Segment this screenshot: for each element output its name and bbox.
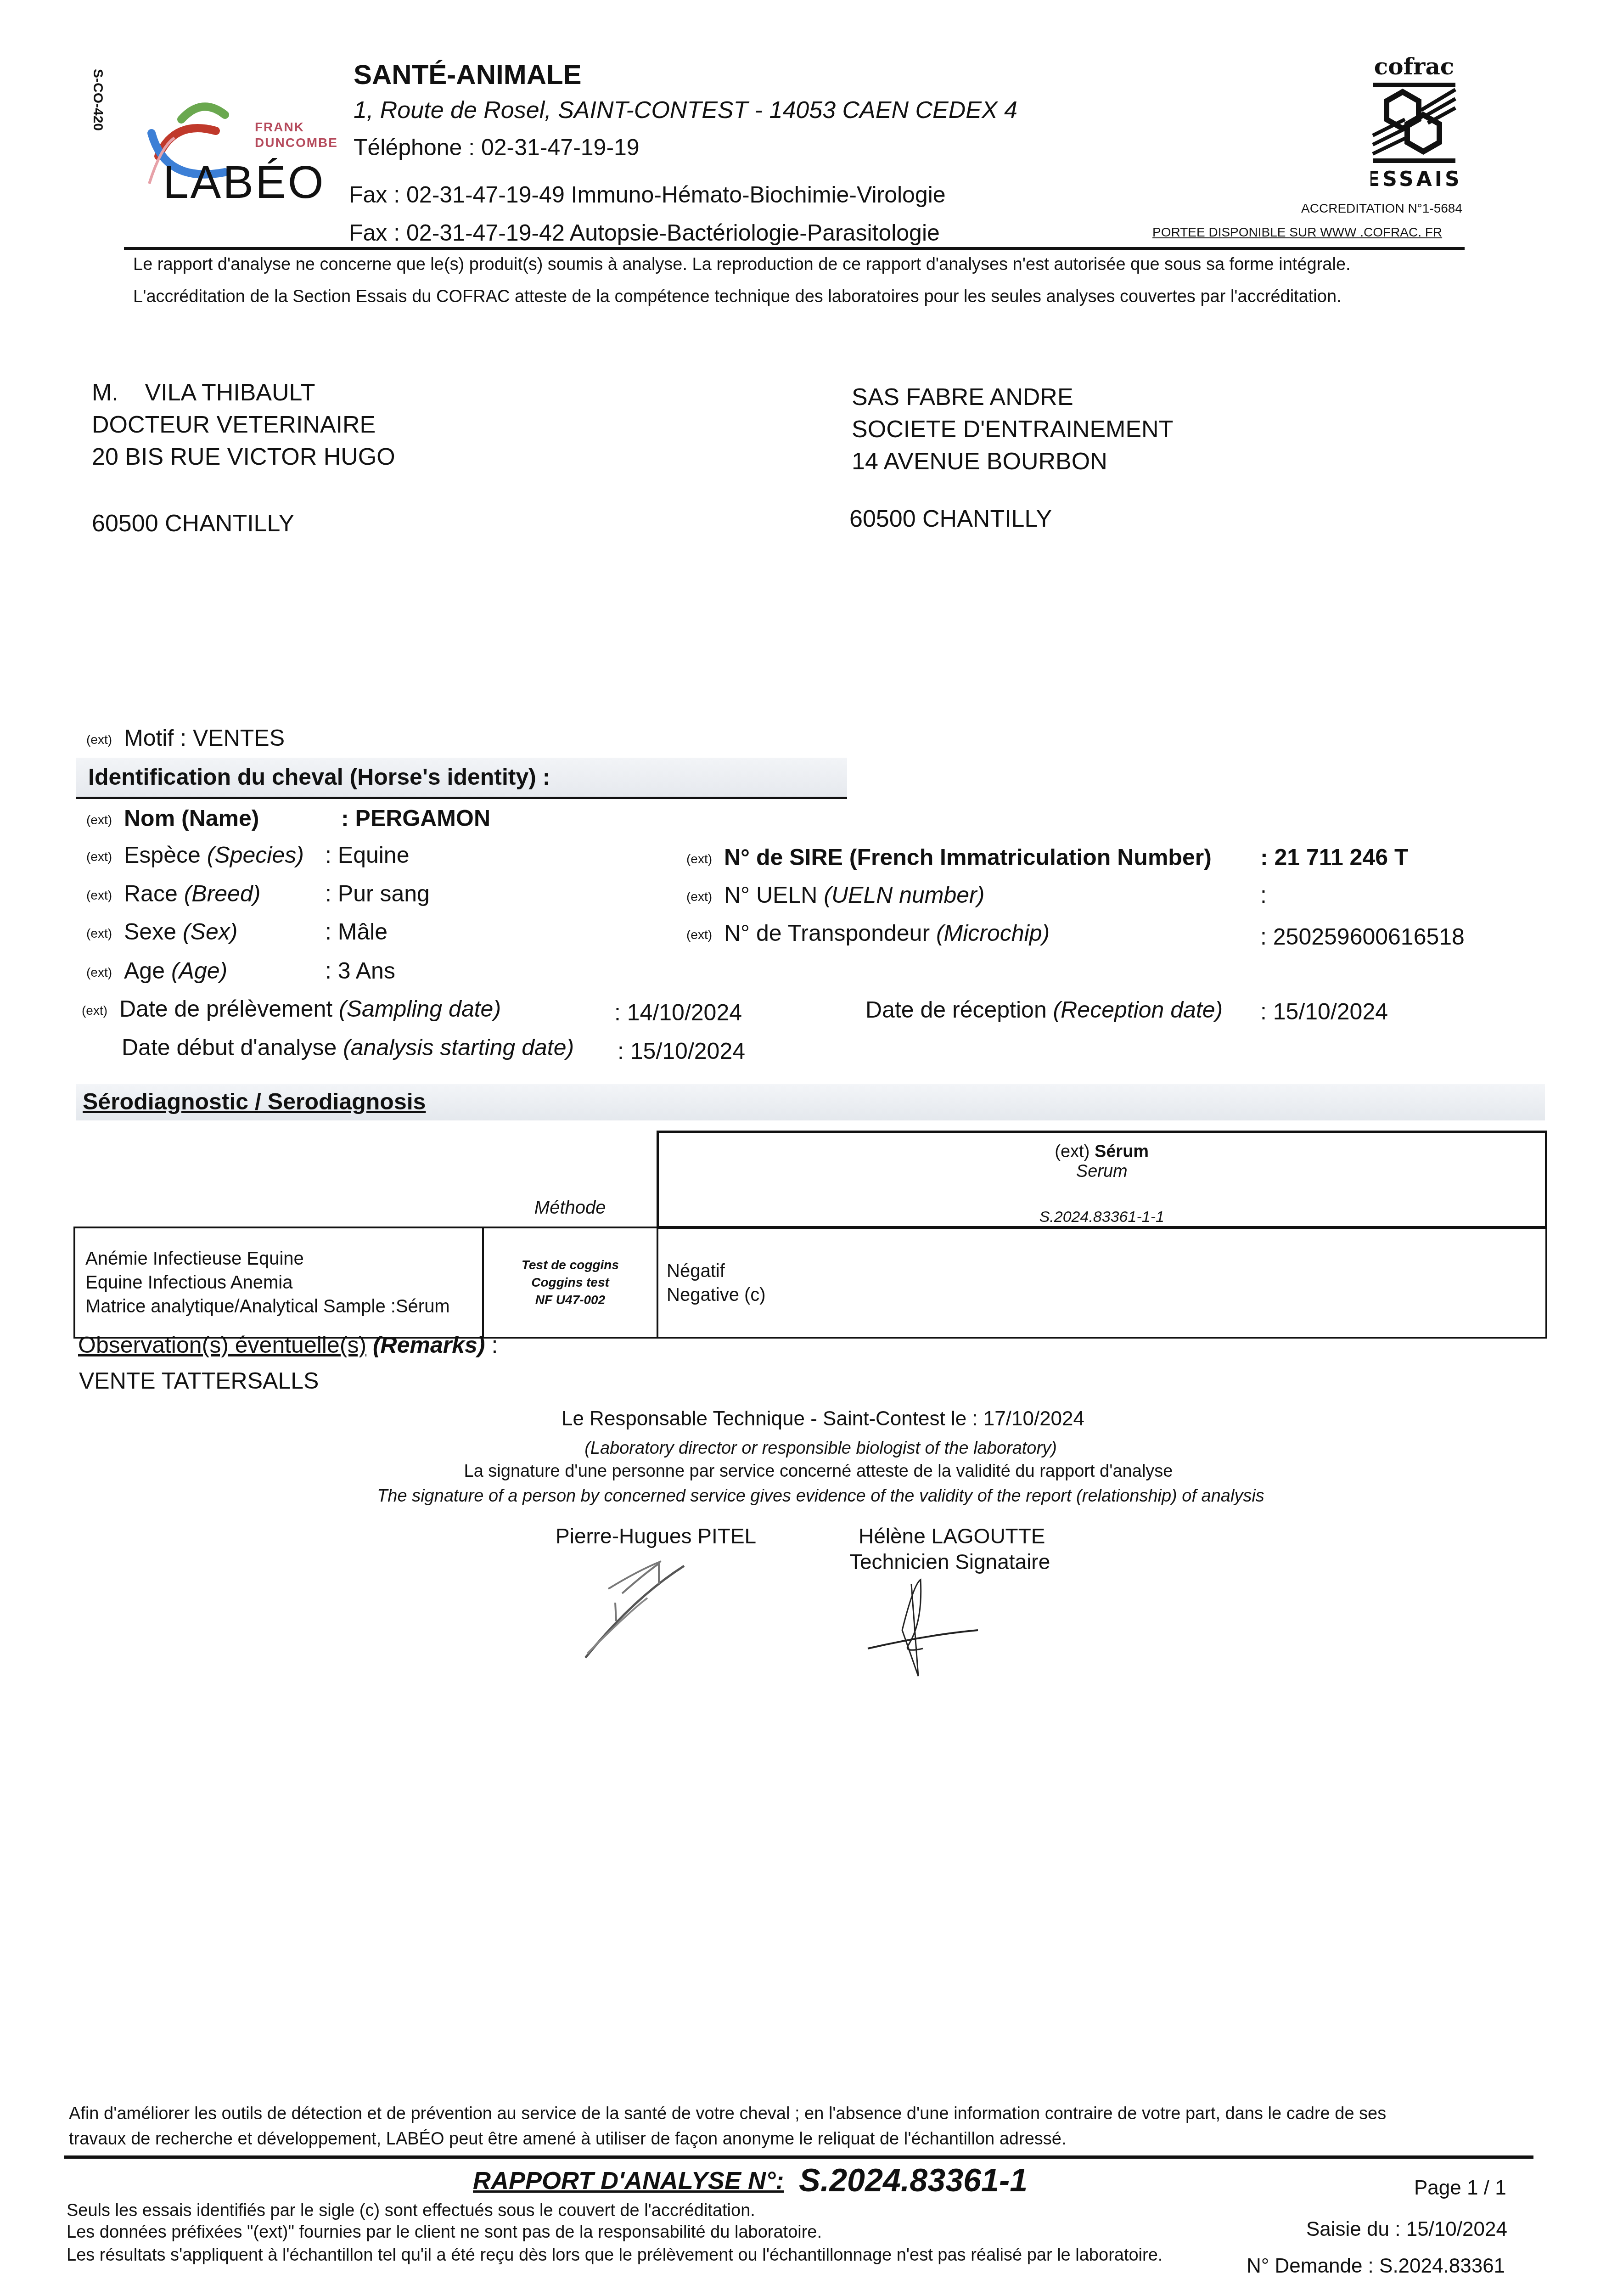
serodiagnostic-title: Sérodiagnostic / Serodiagnosis (83, 1088, 426, 1115)
breed-label: Race (124, 880, 178, 907)
recipient-street: 20 BIS RUE VICTOR HUGO (92, 441, 395, 473)
request-number: N° Demande : S.2024.83361 (1247, 2255, 1505, 2278)
lab-fax-autopsie: Fax : 02-31-47-19-42 Autopsie-Bactériolo… (349, 219, 940, 246)
analysis-matrix: Matrice analytique/Analytical Sample :Sé… (85, 1294, 482, 1318)
species-label-en: (Species) (207, 842, 304, 868)
document-code: S-CO-420 (90, 69, 106, 131)
lab-fax-immuno: Fax : 02-31-47-19-49 Immuno-Hémato-Bioch… (349, 181, 946, 208)
microchip-value: : 250259600616518 (1260, 923, 1465, 950)
identity-section-title: Identification du cheval (Horse's identi… (88, 764, 550, 790)
report-number: S.2024.83361-1 (799, 2162, 1028, 2199)
sex-value: : Mâle (325, 918, 387, 945)
sampling-date-row: (ext)Date de prélèvement (Sampling date)… (82, 996, 501, 1022)
motif-value: Motif : VENTES (124, 725, 285, 751)
sample-name-fr: Sérum (1095, 1142, 1149, 1161)
breed-label-en: (Breed) (184, 881, 261, 906)
identity-divider (76, 797, 847, 799)
legal-ext-note: Les données préfixées "(ext)" fournies p… (67, 2223, 822, 2242)
signature1-icon (542, 1543, 771, 1671)
ext-tag: (ext) (86, 732, 112, 747)
sampling-date-label: Date de prélèvement (119, 996, 332, 1022)
logo-brand-line1: FRANK (255, 119, 338, 135)
breed-row: (ext)Race (Breed) : Pur sang (86, 880, 260, 907)
microchip-label: N° de Transpondeur (724, 920, 930, 946)
age-label-en: (Age) (171, 958, 227, 984)
age-label: Age (124, 957, 165, 984)
ueln-row: (ext)N° UELN (UELN number) : (686, 882, 984, 908)
recipient-owner: SAS FABRE ANDRE SOCIETE D'ENTRAINEMENT 1… (852, 381, 1173, 478)
recipient-title: DOCTEUR VETERINAIRE (92, 409, 395, 441)
signer2-name: Hélène LAGOUTTE (859, 1524, 1045, 1548)
reception-date-value: : 15/10/2024 (1260, 998, 1388, 1025)
responsible-line-en: (Laboratory director or responsible biol… (0, 1439, 1623, 1458)
svg-text:ESSAIS: ESSAIS (1370, 168, 1458, 191)
analysis-name-fr: Anémie Infectieuse Equine (85, 1247, 482, 1271)
analysis-start-label: Date début d'analyse (122, 1034, 337, 1061)
reception-date-label-en: (Reception date) (1053, 997, 1223, 1023)
ueln-value: : (1260, 882, 1267, 908)
ext-tag: (ext) (82, 1003, 107, 1018)
report-number-label: RAPPORT D'ANALYSE N°: (473, 2167, 784, 2195)
footer-divider (64, 2155, 1533, 2159)
responsible-line: Le Responsable Technique - Saint-Contest… (0, 1407, 1623, 1430)
species-value: : Equine (325, 842, 409, 868)
horse-name-value: : PERGAMON (341, 805, 490, 832)
result-fr: Négatif (667, 1259, 1545, 1283)
cofrac-portee-link[interactable]: PORTEE DISPONIBLE SUR WWW .COFRAC. FR (1152, 225, 1442, 240)
ext-tag: (ext) (86, 850, 112, 864)
owner-name: SAS FABRE ANDRE (852, 381, 1173, 413)
results-header-row: Méthode (ext) Sérum Serum S.2024.83361-1… (74, 1132, 1546, 1228)
method-name-en: Coggins test (484, 1274, 657, 1291)
remarks-value: VENTE TATTERSALLS (79, 1367, 319, 1394)
sampling-date-label-en: (Sampling date) (339, 996, 501, 1022)
table-row: Anémie Infectieuse Equine Equine Infecti… (74, 1227, 1546, 1338)
ext-tag: (ext) (686, 852, 712, 867)
page-indicator: Page 1 / 1 (1414, 2177, 1506, 2200)
ext-tag: (ext) (86, 888, 112, 903)
sire-label: N° de SIRE (French Immatriculation Numbe… (724, 844, 1212, 871)
analysis-start-value: : 15/10/2024 (618, 1038, 745, 1064)
signature-validity-fr: La signature d'une personne par service … (0, 1462, 1623, 1481)
ext-tag: (ext) (686, 889, 712, 904)
sample-id: S.2024.83361-1-1 (659, 1208, 1545, 1226)
breed-value: : Pur sang (325, 880, 430, 907)
cofrac-logo-icon: cofrac ESSAIS (1370, 55, 1458, 193)
result-cell: Négatif Negative (c) (657, 1227, 1546, 1338)
logo-brand-text: FRANK DUNCOMBE (255, 119, 338, 151)
signature2-icon (859, 1575, 996, 1681)
sex-label: Sexe (124, 918, 176, 945)
ueln-label: N° UELN (724, 882, 817, 908)
analysis-start-row: Date début d'analyse (analysis starting … (122, 1034, 574, 1061)
method-name-fr: Test de coggins (484, 1256, 657, 1274)
sex-label-en: (Sex) (183, 919, 237, 945)
sample-column-header: (ext) Sérum Serum S.2024.83361-1-1 (657, 1132, 1546, 1228)
logo-name: LABÉO (163, 156, 326, 209)
method-standard: NF U47-002 (484, 1291, 657, 1309)
recipient-name: M. VILA THIBAULT (92, 377, 395, 409)
species-label: Espèce (124, 842, 201, 868)
logo-brand-line2: DUNCOMBE (255, 135, 338, 151)
legal-accreditation-note: Seuls les essais identifiés par le sigle… (67, 2201, 755, 2221)
accreditation-disclaimer: L'accréditation de la Section Essais du … (133, 287, 1342, 307)
remarks-colon: : (485, 1332, 498, 1358)
motif-row: (ext)Motif : VENTES (86, 725, 285, 751)
cofrac-accreditation: ACCREDITATION N°1-5684 (1288, 201, 1462, 216)
sex-row: (ext)Sexe (Sex) : Mâle (86, 918, 237, 945)
header-divider (124, 247, 1465, 250)
research-note-line2: travaux de recherche et développement, L… (69, 2129, 1066, 2149)
method-cell: Test de coggins Coggins test NF U47-002 (483, 1227, 657, 1338)
ext-tag: (ext) (86, 926, 112, 941)
remarks-heading: Observation(s) éventuelle(s) (Remarks) : (78, 1332, 498, 1358)
recipient-veterinarian: M. VILA THIBAULT DOCTEUR VETERINAIRE 20 … (92, 377, 395, 473)
report-disclaimer: Le rapport d'analyse ne concerne que le(… (133, 255, 1351, 275)
horse-name-label: Nom (Name) (124, 805, 259, 832)
sire-value: : 21 711 246 T (1260, 844, 1408, 871)
svg-text:cofrac: cofrac (1374, 55, 1455, 80)
lab-phone: Téléphone : 02-31-47-19-19 (354, 134, 640, 161)
age-row: (ext)Age (Age) : 3 Ans (86, 957, 227, 984)
species-row: (ext)Espèce (Species) : Equine (86, 842, 304, 868)
sire-row: (ext)N° de SIRE (French Immatriculation … (686, 844, 1212, 871)
ueln-label-en: (UELN number) (824, 882, 984, 908)
ext-tag: (ext) (686, 928, 712, 942)
signature-validity-en: The signature of a person by concerned s… (0, 1486, 1623, 1506)
reception-date-label: Date de réception (865, 996, 1047, 1023)
horse-name-row: (ext)Nom (Name) : PERGAMON (86, 805, 259, 832)
owner-street: 14 AVENUE BOURBON (852, 445, 1173, 478)
remarks-title-en: (Remarks) (373, 1332, 485, 1358)
sampling-date-value: : 14/10/2024 (614, 999, 742, 1026)
ext-tag: (ext) (86, 965, 112, 980)
legal-sample-note: Les résultats s'appliquent à l'échantill… (67, 2245, 1162, 2265)
results-table: Méthode (ext) Sérum Serum S.2024.83361-1… (73, 1131, 1547, 1339)
microchip-label-en: (Microchip) (936, 920, 1050, 946)
research-note-line1: Afin d'améliorer les outils de détection… (69, 2104, 1386, 2124)
entry-date: Saisie du : 15/10/2024 (1306, 2218, 1507, 2241)
analysis-cell: Anémie Infectieuse Equine Equine Infecti… (74, 1227, 483, 1338)
reception-date-row: Date de réception (Reception date) : 15/… (865, 996, 1223, 1023)
remarks-title: Observation(s) éventuelle(s) (78, 1332, 366, 1358)
lab-address: 1, Route de Rosel, SAINT-CONTEST - 14053… (354, 96, 1017, 124)
result-en: Negative (c) (667, 1283, 1545, 1307)
sample-name-en: Serum (659, 1162, 1545, 1182)
microchip-row: (ext)N° de Transpondeur (Microchip) : 25… (686, 920, 1050, 946)
ext-tag: (ext) (86, 813, 112, 827)
method-column-header: Méthode (74, 1132, 657, 1228)
analysis-name-en: Equine Infectious Anemia (85, 1271, 482, 1294)
owner-city: 60500 CHANTILLY (849, 505, 1052, 533)
sample-ext-tag: (ext) (1055, 1142, 1089, 1161)
lab-title: SANTÉ-ANIMALE (354, 59, 582, 90)
recipient-city: 60500 CHANTILLY (92, 510, 294, 537)
analysis-start-label-en: (analysis starting date) (343, 1035, 574, 1060)
signer2-role: Technicien Signataire (849, 1549, 1050, 1574)
age-value: : 3 Ans (325, 957, 395, 984)
owner-company: SOCIETE D'ENTRAINEMENT (852, 413, 1173, 445)
